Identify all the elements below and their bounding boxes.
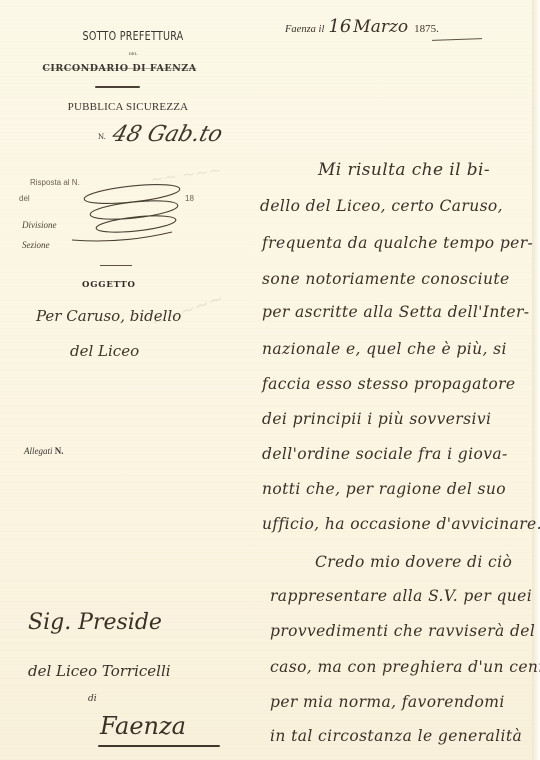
- year-prefix: 18: [185, 194, 194, 203]
- city-underline: [98, 745, 220, 747]
- dateline: Faenza il16Marzo1875.: [285, 16, 439, 37]
- body-line: ufficio, ha occasione d'avvicinare.: [262, 515, 540, 533]
- subject-heading: OGGETTO: [82, 280, 136, 290]
- letterhead-district: CIRCONDARIO DI FAENZA: [22, 63, 217, 74]
- body-line: in tal circostanza le generalità: [270, 727, 522, 745]
- addressee-city: Faenza: [100, 712, 186, 740]
- body-line: notti che, per ragione del suo: [262, 480, 506, 498]
- ornamental-rule: [95, 86, 140, 88]
- body-line: caso, ma con preghiera d'un cenno: [270, 658, 540, 676]
- divider: [100, 265, 132, 266]
- date-month: Marzo: [353, 17, 408, 37]
- letterhead-del: DEL: [58, 51, 208, 56]
- pen-flourish-icon: [62, 180, 182, 250]
- body-line: dei principii i più sovversivi: [262, 410, 491, 428]
- del-label: del: [19, 194, 30, 203]
- protocol-number-handwritten: 48 Gab.to: [110, 122, 226, 147]
- body-line: per ascritte alla Setta dell'Inter-: [262, 303, 529, 321]
- addressee-line-1: Sig. Preside: [28, 610, 162, 635]
- allegati-n: N.: [55, 446, 64, 456]
- letterhead-department: PUBBLICA SICUREZZA: [48, 101, 208, 113]
- body-line: dell'ordine sociale fra i giova-: [262, 445, 508, 463]
- body-line: sone notoriamente conosciute: [262, 270, 510, 288]
- subject-line-1: Per Caruso, bidello: [36, 307, 181, 325]
- allegati-text: Allegati: [24, 446, 53, 456]
- body-line: Credo mio dovere di ciò: [315, 553, 512, 571]
- addressee-line-2: del Liceo Torricelli: [28, 662, 171, 680]
- body-line: faccia esso stesso propagatore: [262, 375, 515, 393]
- body-line: frequenta da qualche tempo per-: [262, 234, 533, 252]
- body-line: Mi risulta che il bi-: [318, 160, 490, 180]
- body-line: provvedimenti che ravviserà del: [270, 622, 535, 640]
- body-line: rappresentare alla S.V. per quei: [270, 587, 532, 605]
- date-year: 1875.: [414, 23, 439, 35]
- body-line: per mia norma, favorendomi: [270, 693, 505, 711]
- body-line: nazionale e, quel che è più, si: [262, 340, 507, 358]
- protocol-number-label: N.: [98, 133, 106, 141]
- addressee-di: di: [88, 694, 97, 704]
- sezione-label: Sezione: [22, 240, 50, 250]
- subject-line-2: del Liceo: [70, 342, 139, 360]
- page-edge: [532, 0, 540, 760]
- date-day: 16: [328, 16, 351, 37]
- divisione-label: Divisione: [22, 220, 57, 230]
- letterhead-office: SOTTO PREFETTURA: [69, 28, 197, 43]
- allegati-label: Allegati N.: [24, 446, 64, 456]
- date-city: Faenza il: [285, 24, 324, 35]
- body-line: dello del Liceo, certo Caruso,: [260, 197, 503, 215]
